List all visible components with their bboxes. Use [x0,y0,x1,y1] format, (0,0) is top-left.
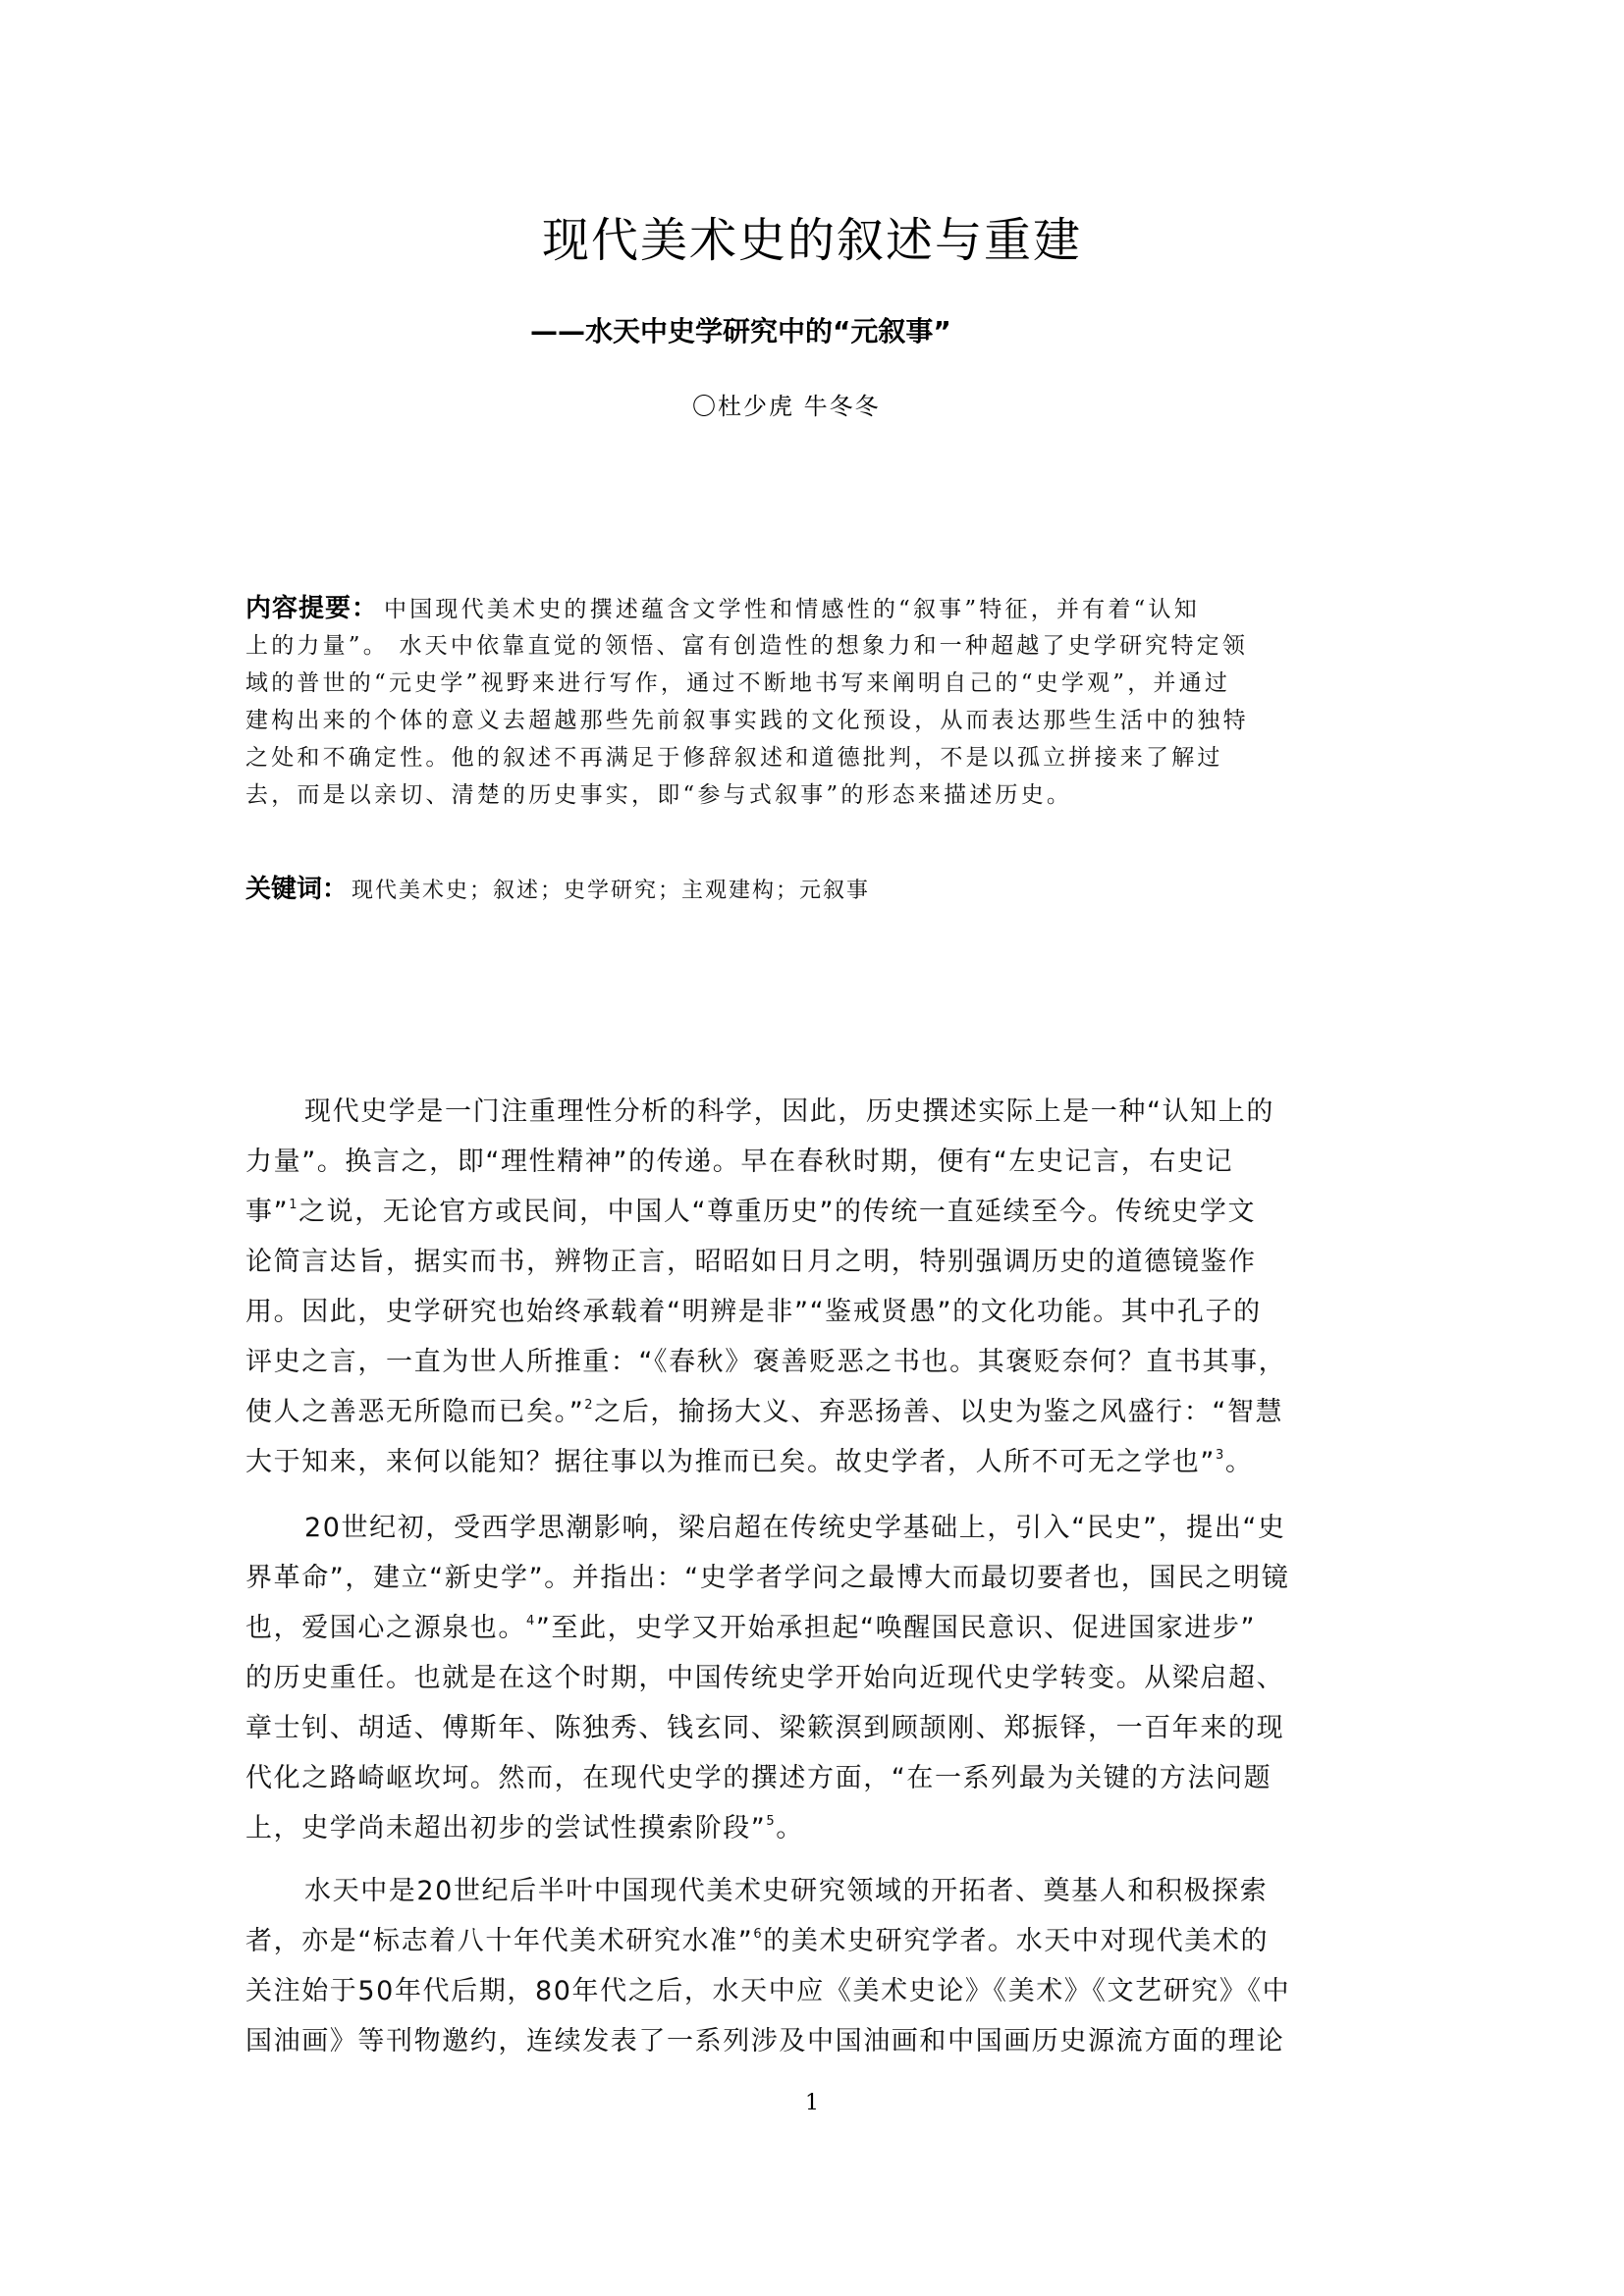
footnote-ref[interactable]: 2 [584,1398,594,1413]
abstract-line: 建构出来的个体的意义去超越那些先前叙事实践的文化预设，从而表达那些生活中的独特 [245,706,1249,735]
paper-subtitle: ——水天中史学研究中的“元叙事” [530,314,951,349]
body-line: 章士钊、胡适、傅斯年、陈独秀、钱玄同、梁簌溟到顾颉刚、郑振铎，一百年来的现 [245,1712,1284,1745]
keywords-text: 现代美术史；叙述；史学研究；主观建构；元叙事 [352,879,870,903]
abstract-line: 内容提要：中国现代美术史的撰述蕴含文学性和情感性的“叙事”特征，并有着“认知 [245,594,1200,624]
abstract-line: 域的普世的“元史学”视野来进行写作，通过不断地书写来阐明自己的“史学观”，并通过 [245,668,1230,698]
body-line: 现代史学是一门注重理性分析的科学，因此，历史撰述实际上是一种“认知上的 [304,1095,1274,1129]
body-line: 力量”。换言之，即“理性精神”的传递。早在春秋时期，便有“左史记言，右史记 [245,1146,1233,1179]
footnote-ref[interactable]: 6 [753,1927,763,1942]
body-line: 上，史学尚未超出初步的尝试性摸索阶段”5。 [245,1812,804,1845]
footnote-ref[interactable]: 4 [526,1614,536,1629]
footnote-ref[interactable]: 1 [289,1198,298,1212]
footnote-ref[interactable]: 5 [766,1814,776,1829]
body-line: 也，爱国心之源泉也。4”至此，史学又开始承担起“唤醒国民意识、促进国家进步” [245,1612,1256,1645]
footnote-ref[interactable]: 3 [1216,1448,1225,1463]
abstract-line: 上的力量”。 水天中依靠直觉的领悟、富有创造性的想象力和一种超越了史学研究特定领 [245,631,1248,661]
body-line: 论简言达旨，据实而书，辨物正言，昭昭如日月之明，特别强调历史的道德镜鉴作 [245,1246,1257,1279]
document-page: 现代美术史的叙述与重建 ——水天中史学研究中的“元叙事” 〇杜少虎 牛冬冬 内容… [0,0,1624,2296]
paper-authors: 〇杜少虎 牛冬冬 [692,391,881,422]
keywords-section: 关键词：现代美术史；叙述；史学研究；主观建构；元叙事 [245,874,870,907]
body-line: 关注始于50年代后期，80年代之后，水天中应《美术史论》《美术》《文艺研究》《中 [245,1975,1290,2008]
body-line: 评史之言，一直为世人所推重：“《春秋》褒善贬恶之书也。其褒贬奈何？直书其事， [245,1346,1286,1379]
keywords-label: 关键词： [245,875,348,904]
body-line: 水天中是20世纪后半叶中国现代美术史研究领域的开拓者、奠基人和积极探索 [304,1875,1268,1908]
abstract-text: 中国现代美术史的撰述蕴含文学性和情感性的“叙事”特征，并有着“认知 [384,597,1200,622]
page-number: 1 [0,2091,1624,2115]
body-line: 20世纪初，受西学思潮影响，梁启超在传统史学基础上，引入“民史”，提出“史 [304,1512,1286,1545]
paper-title: 现代美术史的叙述与重建 [0,211,1624,270]
body-line: 使人之善恶无所隐而已矣。”2之后，揄扬大义、弃恶扬善、以史为鉴之风盛行：“智慧 [245,1396,1283,1429]
abstract-line: 之处和不确定性。他的叙述不再满足于修辞叙述和道德批判，不是以孤立拼接来了解过 [245,743,1223,773]
body-line: 用。因此，史学研究也始终承载着“明辨是非”“鉴戒贤愚”的文化功能。其中孔子的 [245,1296,1262,1329]
body-line: 界革命”，建立“新史学”。并指出：“史学者学问之最博大而最切要者也，国民之明镜 [245,1562,1289,1595]
body-line: 事”1之说，无论官方或民间，中国人“尊重历史”的传统一直延续至今。传统史学文 [245,1196,1256,1229]
body-line: 者，亦是“标志着八十年代美术研究水准”6的美术史研究学者。水天中对现代美术的 [245,1925,1269,1958]
body-line: 代化之路崎岖坎坷。然而，在现代史学的撰述方面，“在一系列最为关键的方法问题 [245,1762,1272,1795]
abstract-label: 内容提要： [245,594,378,623]
body-line: 大于知来，来何以能知？据往事以为推而已矣。故史学者，人所不可无之学也”3。 [245,1446,1253,1479]
body-line: 国油画》等刊物邀约，连续发表了一系列涉及中国油画和中国画历史源流方面的理论 [245,2025,1284,2058]
abstract-line: 去，而是以亲切、清楚的历史事实，即“参与式叙事”的形态来描述历史。 [245,780,1072,810]
body-line: 的历史重任。也就是在这个时期，中国传统史学开始向近现代史学转变。从梁启超、 [245,1662,1284,1695]
